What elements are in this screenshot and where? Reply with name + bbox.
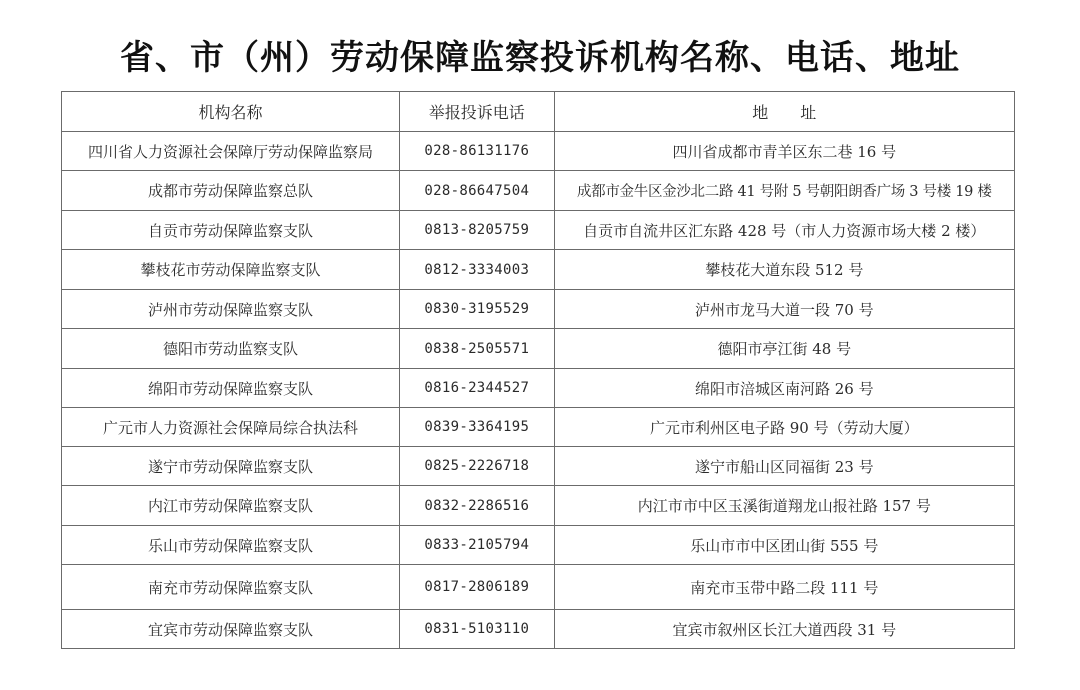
agency-phone: 0817-2806189 bbox=[400, 565, 554, 610]
agency-name: 自贡市劳动保障监察支队 bbox=[62, 211, 400, 250]
agency-table: 机构名称 举报投诉电话 地 址 四川省人力资源社会保障厅劳动保障监察局 028-… bbox=[61, 91, 1015, 649]
table-row: 乐山市劳动保障监察支队 0833-2105794 乐山市市中区团山街 555 号 bbox=[62, 526, 1015, 565]
agency-address: 德阳市亭江街 48 号 bbox=[554, 329, 1014, 369]
header-phone: 举报投诉电话 bbox=[400, 92, 554, 132]
agency-name: 泸州市劳动保障监察支队 bbox=[62, 290, 400, 329]
agency-phone: 0830-3195529 bbox=[400, 290, 554, 329]
agency-phone: 0816-2344527 bbox=[400, 369, 554, 408]
agency-address: 成都市金牛区金沙北二路 41 号附 5 号朝阳朗香广场 3 号楼 19 楼 bbox=[554, 171, 1014, 211]
table-row: 遂宁市劳动保障监察支队 0825-2226718 遂宁市船山区同福街 23 号 bbox=[62, 447, 1015, 486]
header-agency-name: 机构名称 bbox=[62, 92, 400, 132]
agency-address: 乐山市市中区团山街 555 号 bbox=[554, 526, 1014, 565]
agency-name: 广元市人力资源社会保障局综合执法科 bbox=[62, 408, 400, 447]
table-row: 广元市人力资源社会保障局综合执法科 0839-3364195 广元市利州区电子路… bbox=[62, 408, 1015, 447]
page-title: 省、市（州）劳动保障监察投诉机构名称、电话、地址 bbox=[0, 30, 1080, 79]
agency-phone: 028-86647504 bbox=[400, 171, 554, 211]
agency-phone: 0831-5103110 bbox=[400, 610, 554, 649]
agency-name: 内江市劳动保障监察支队 bbox=[62, 486, 400, 526]
table-row: 成都市劳动保障监察总队 028-86647504 成都市金牛区金沙北二路 41 … bbox=[62, 171, 1015, 211]
agency-name: 遂宁市劳动保障监察支队 bbox=[62, 447, 400, 486]
header-address: 地 址 bbox=[554, 92, 1014, 132]
agency-address: 泸州市龙马大道一段 70 号 bbox=[554, 290, 1014, 329]
agency-name: 攀枝花市劳动保障监察支队 bbox=[62, 250, 400, 290]
agency-phone: 0812-3334003 bbox=[400, 250, 554, 290]
agency-name: 宜宾市劳动保障监察支队 bbox=[62, 610, 400, 649]
agency-phone: 0833-2105794 bbox=[400, 526, 554, 565]
table-row: 绵阳市劳动保障监察支队 0816-2344527 绵阳市涪城区南河路 26 号 bbox=[62, 369, 1015, 408]
agency-phone: 0813-8205759 bbox=[400, 211, 554, 250]
table-row: 德阳市劳动监察支队 0838-2505571 德阳市亭江街 48 号 bbox=[62, 329, 1015, 369]
table-row: 南充市劳动保障监察支队 0817-2806189 南充市玉带中路二段 111 号 bbox=[62, 565, 1015, 610]
table-row: 内江市劳动保障监察支队 0832-2286516 内江市市中区玉溪街道翔龙山报社… bbox=[62, 486, 1015, 526]
table-row: 自贡市劳动保障监察支队 0813-8205759 自贡市自流井区汇东路 428 … bbox=[62, 211, 1015, 250]
agency-phone: 0839-3364195 bbox=[400, 408, 554, 447]
agency-name: 成都市劳动保障监察总队 bbox=[62, 171, 400, 211]
agency-address: 自贡市自流井区汇东路 428 号（市人力资源市场大楼 2 楼） bbox=[554, 211, 1014, 250]
agency-address: 内江市市中区玉溪街道翔龙山报社路 157 号 bbox=[554, 486, 1014, 526]
agency-address: 广元市利州区电子路 90 号（劳动大厦） bbox=[554, 408, 1014, 447]
agency-address: 南充市玉带中路二段 111 号 bbox=[554, 565, 1014, 610]
agency-address: 遂宁市船山区同福街 23 号 bbox=[554, 447, 1014, 486]
agency-phone: 0832-2286516 bbox=[400, 486, 554, 526]
agency-name: 南充市劳动保障监察支队 bbox=[62, 565, 400, 610]
agency-name: 绵阳市劳动保障监察支队 bbox=[62, 369, 400, 408]
agency-address: 四川省成都市青羊区东二巷 16 号 bbox=[554, 132, 1014, 171]
table-row: 四川省人力资源社会保障厅劳动保障监察局 028-86131176 四川省成都市青… bbox=[62, 132, 1015, 171]
agency-name: 乐山市劳动保障监察支队 bbox=[62, 526, 400, 565]
agency-address: 绵阳市涪城区南河路 26 号 bbox=[554, 369, 1014, 408]
agency-address: 宜宾市叙州区长江大道西段 31 号 bbox=[554, 610, 1014, 649]
agency-address: 攀枝花大道东段 512 号 bbox=[554, 250, 1014, 290]
agency-name: 四川省人力资源社会保障厅劳动保障监察局 bbox=[62, 132, 400, 171]
agency-phone: 0825-2226718 bbox=[400, 447, 554, 486]
agency-phone: 0838-2505571 bbox=[400, 329, 554, 369]
table-row: 泸州市劳动保障监察支队 0830-3195529 泸州市龙马大道一段 70 号 bbox=[62, 290, 1015, 329]
table-header-row: 机构名称 举报投诉电话 地 址 bbox=[62, 92, 1015, 132]
table-row: 宜宾市劳动保障监察支队 0831-5103110 宜宾市叙州区长江大道西段 31… bbox=[62, 610, 1015, 649]
agency-name: 德阳市劳动监察支队 bbox=[62, 329, 400, 369]
agency-phone: 028-86131176 bbox=[400, 132, 554, 171]
table-row: 攀枝花市劳动保障监察支队 0812-3334003 攀枝花大道东段 512 号 bbox=[62, 250, 1015, 290]
